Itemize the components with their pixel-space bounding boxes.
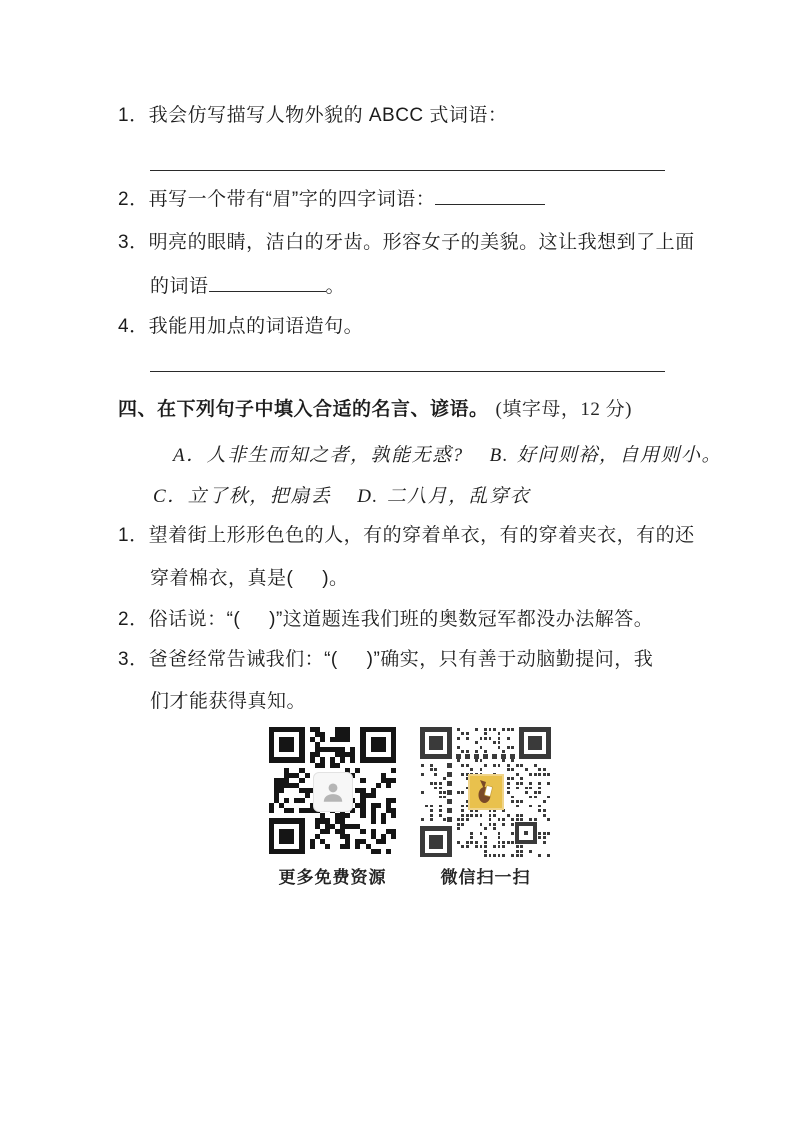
- options-line-ab: A．人非生而知之者，孰能无惑?B.好问则裕，自用则小。: [173, 443, 722, 469]
- question-3-line2-period: 。: [326, 276, 346, 297]
- worksheet-page: 1．我会仿写描写人物外貌的 ABCC 式词语： 2．再写一个带有“眉”字的四字词…: [0, 0, 793, 1122]
- qr-code-free-resources: [269, 727, 396, 857]
- section-four-heading: 四、在下列句子中填入合适的名言、谚语。(填字母，12 分): [118, 397, 632, 423]
- person-icon: [313, 772, 353, 812]
- answer-line-4: [150, 371, 665, 372]
- option-a-text: 人非生而知之者，孰能无惑?: [207, 445, 464, 466]
- qr-block-free-resources: 更多免费资源: [269, 727, 396, 888]
- fill-item-3-line2: 们才能获得真知。: [150, 689, 306, 715]
- section-four-heading-note: (填字母，12 分): [496, 399, 632, 420]
- answer-blank-3: [209, 274, 326, 292]
- fill-item-1-line2: 穿着棉衣，真是( )。: [150, 566, 349, 592]
- question-3-line1: 3．明亮的眼睛，洁白的牙齿。形容女子的美貌。这让我想到了上面: [118, 230, 695, 256]
- question-2: 2．再写一个带有“眉”字的四字词语：: [118, 187, 545, 213]
- question-3-line2-text: 的词语: [150, 276, 209, 297]
- qr-code-wechat: [420, 727, 551, 857]
- question-4: 4．我能用加点的词语造句。: [118, 314, 363, 340]
- option-a-label: A．: [173, 445, 207, 466]
- qr-block-wechat: 微信扫一扫: [420, 727, 551, 888]
- option-b-label: B.: [490, 445, 509, 466]
- question-3-line2: 的词语。: [150, 274, 345, 300]
- options-line-cd: C．立了秋，把扇丢D.二八月，乱穿衣: [153, 484, 530, 510]
- option-d-text: 二八月，乱穿衣: [387, 486, 531, 507]
- fill-item-1-line1: 1．望着街上形形色色的人，有的穿着单衣，有的穿着夹衣，有的还: [118, 523, 695, 549]
- mascot-logo-icon: [468, 774, 504, 810]
- fill-item-3-line1: 3．爸爸经常告诫我们：“( )”确实，只有善于动脑勤提问，我: [118, 647, 653, 673]
- section-four-heading-text: 四、在下列句子中填入合适的名言、谚语。: [118, 399, 489, 420]
- option-b-text: 好问则裕，自用则小。: [517, 445, 722, 466]
- question-1: 1．我会仿写描写人物外貌的 ABCC 式词语：: [118, 103, 507, 129]
- option-c-label: C．: [153, 486, 188, 507]
- qr-right-label: 微信扫一扫: [441, 863, 531, 888]
- answer-blank-2: [435, 187, 545, 205]
- question-2-text: 2．再写一个带有“眉”字的四字词语：: [118, 189, 435, 210]
- answer-line-1: [150, 170, 665, 171]
- fill-item-2-line1: 2．俗话说：“( )”这道题连我们班的奥数冠军都没办法解答。: [118, 607, 653, 633]
- qr-left-label: 更多免费资源: [279, 863, 387, 888]
- option-c-text: 立了秋，把扇丢: [188, 486, 332, 507]
- option-d-label: D.: [357, 486, 378, 507]
